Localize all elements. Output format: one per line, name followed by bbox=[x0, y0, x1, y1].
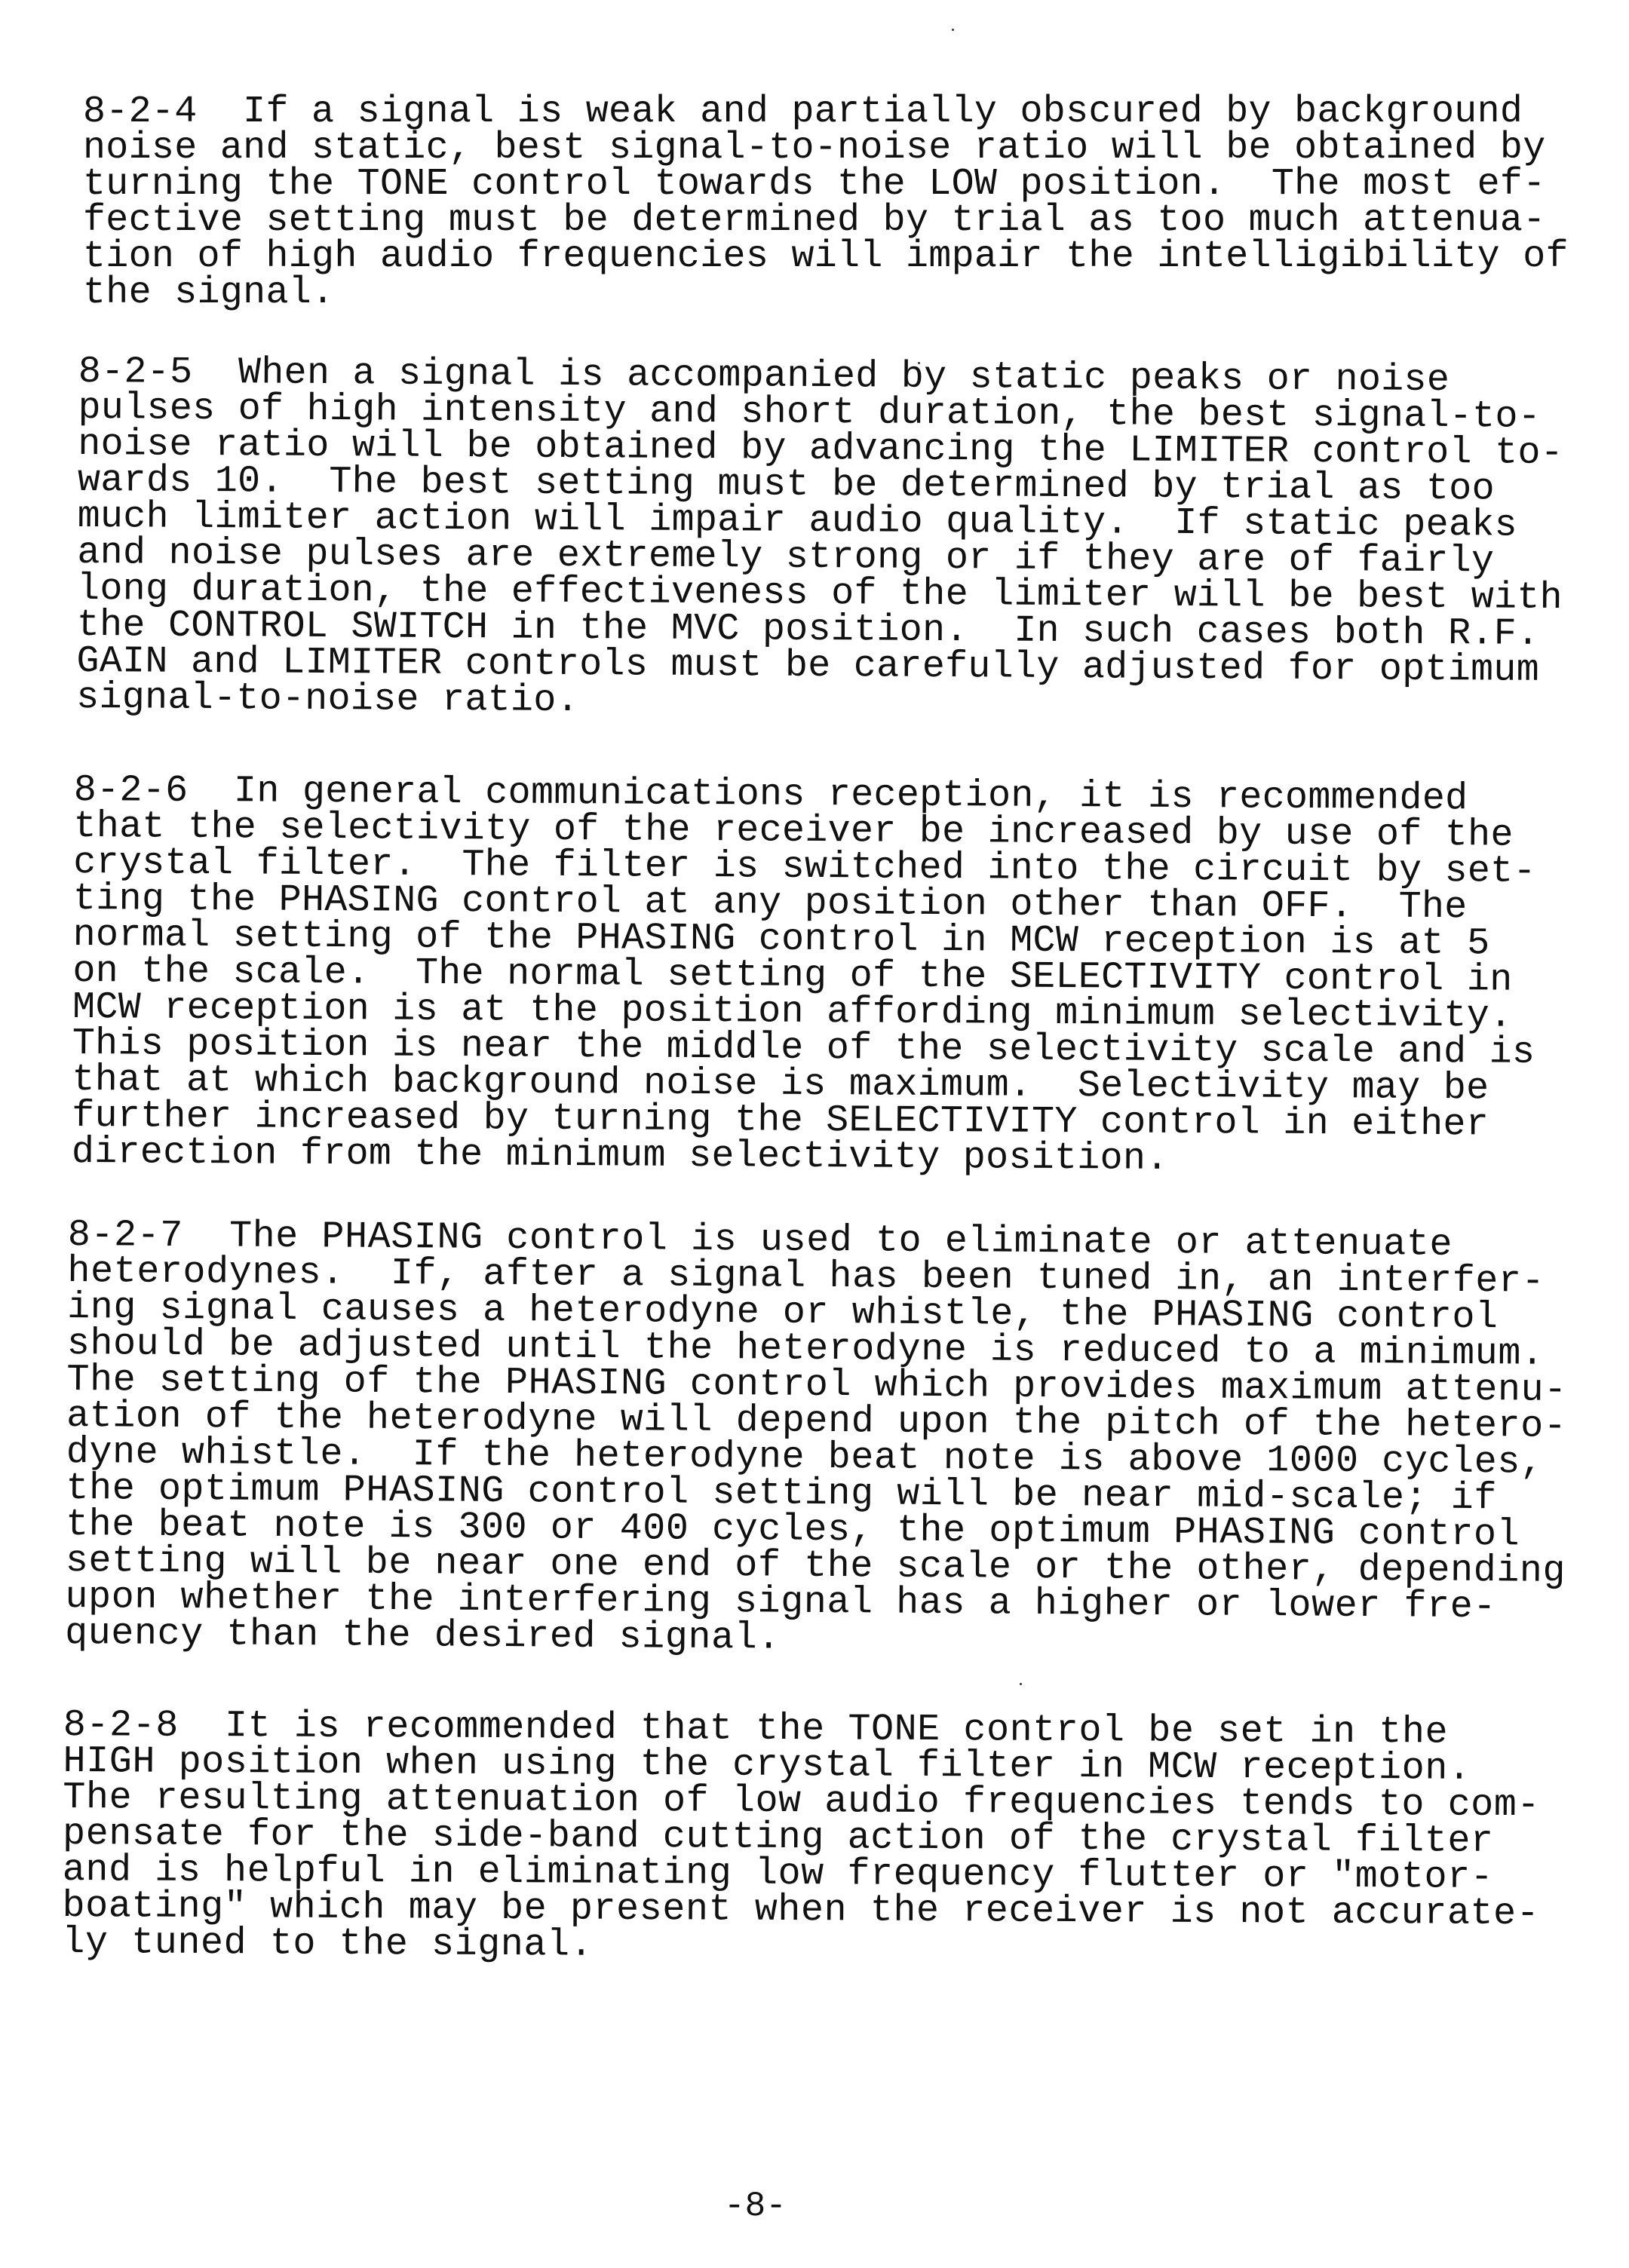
paragraph-8-2-8: 8-2-8 It is recommended that the TONE co… bbox=[62, 1708, 1540, 1969]
scan-speck bbox=[952, 29, 954, 31]
page-number: -8- bbox=[724, 2187, 787, 2226]
paragraph-8-2-7: 8-2-7 The PHASING control is used to eli… bbox=[65, 1218, 1568, 1663]
text-line: 8-2-4 If a signal is weak and partially … bbox=[83, 94, 1569, 130]
text-line: fective setting must be determined by tr… bbox=[83, 203, 1569, 239]
document-page: 8-2-4 If a signal is weak and partially … bbox=[0, 0, 1629, 2268]
scan-speck bbox=[918, 362, 920, 364]
paragraph-8-2-4: 8-2-4 If a signal is weak and partially … bbox=[83, 94, 1569, 311]
paragraph-8-2-6: 8-2-6 In general communications receptio… bbox=[72, 773, 1537, 1180]
text-line: noise and static, best signal-to-noise r… bbox=[83, 130, 1569, 167]
text-line: turning the TONE control towards the LOW… bbox=[83, 167, 1569, 203]
text-line: tion of high audio frequencies will impa… bbox=[83, 239, 1569, 275]
scan-speck bbox=[1020, 1683, 1022, 1685]
paragraph-8-2-5: 8-2-5 When a signal is accompanied by st… bbox=[76, 354, 1564, 725]
text-line: the signal. bbox=[83, 275, 1569, 311]
